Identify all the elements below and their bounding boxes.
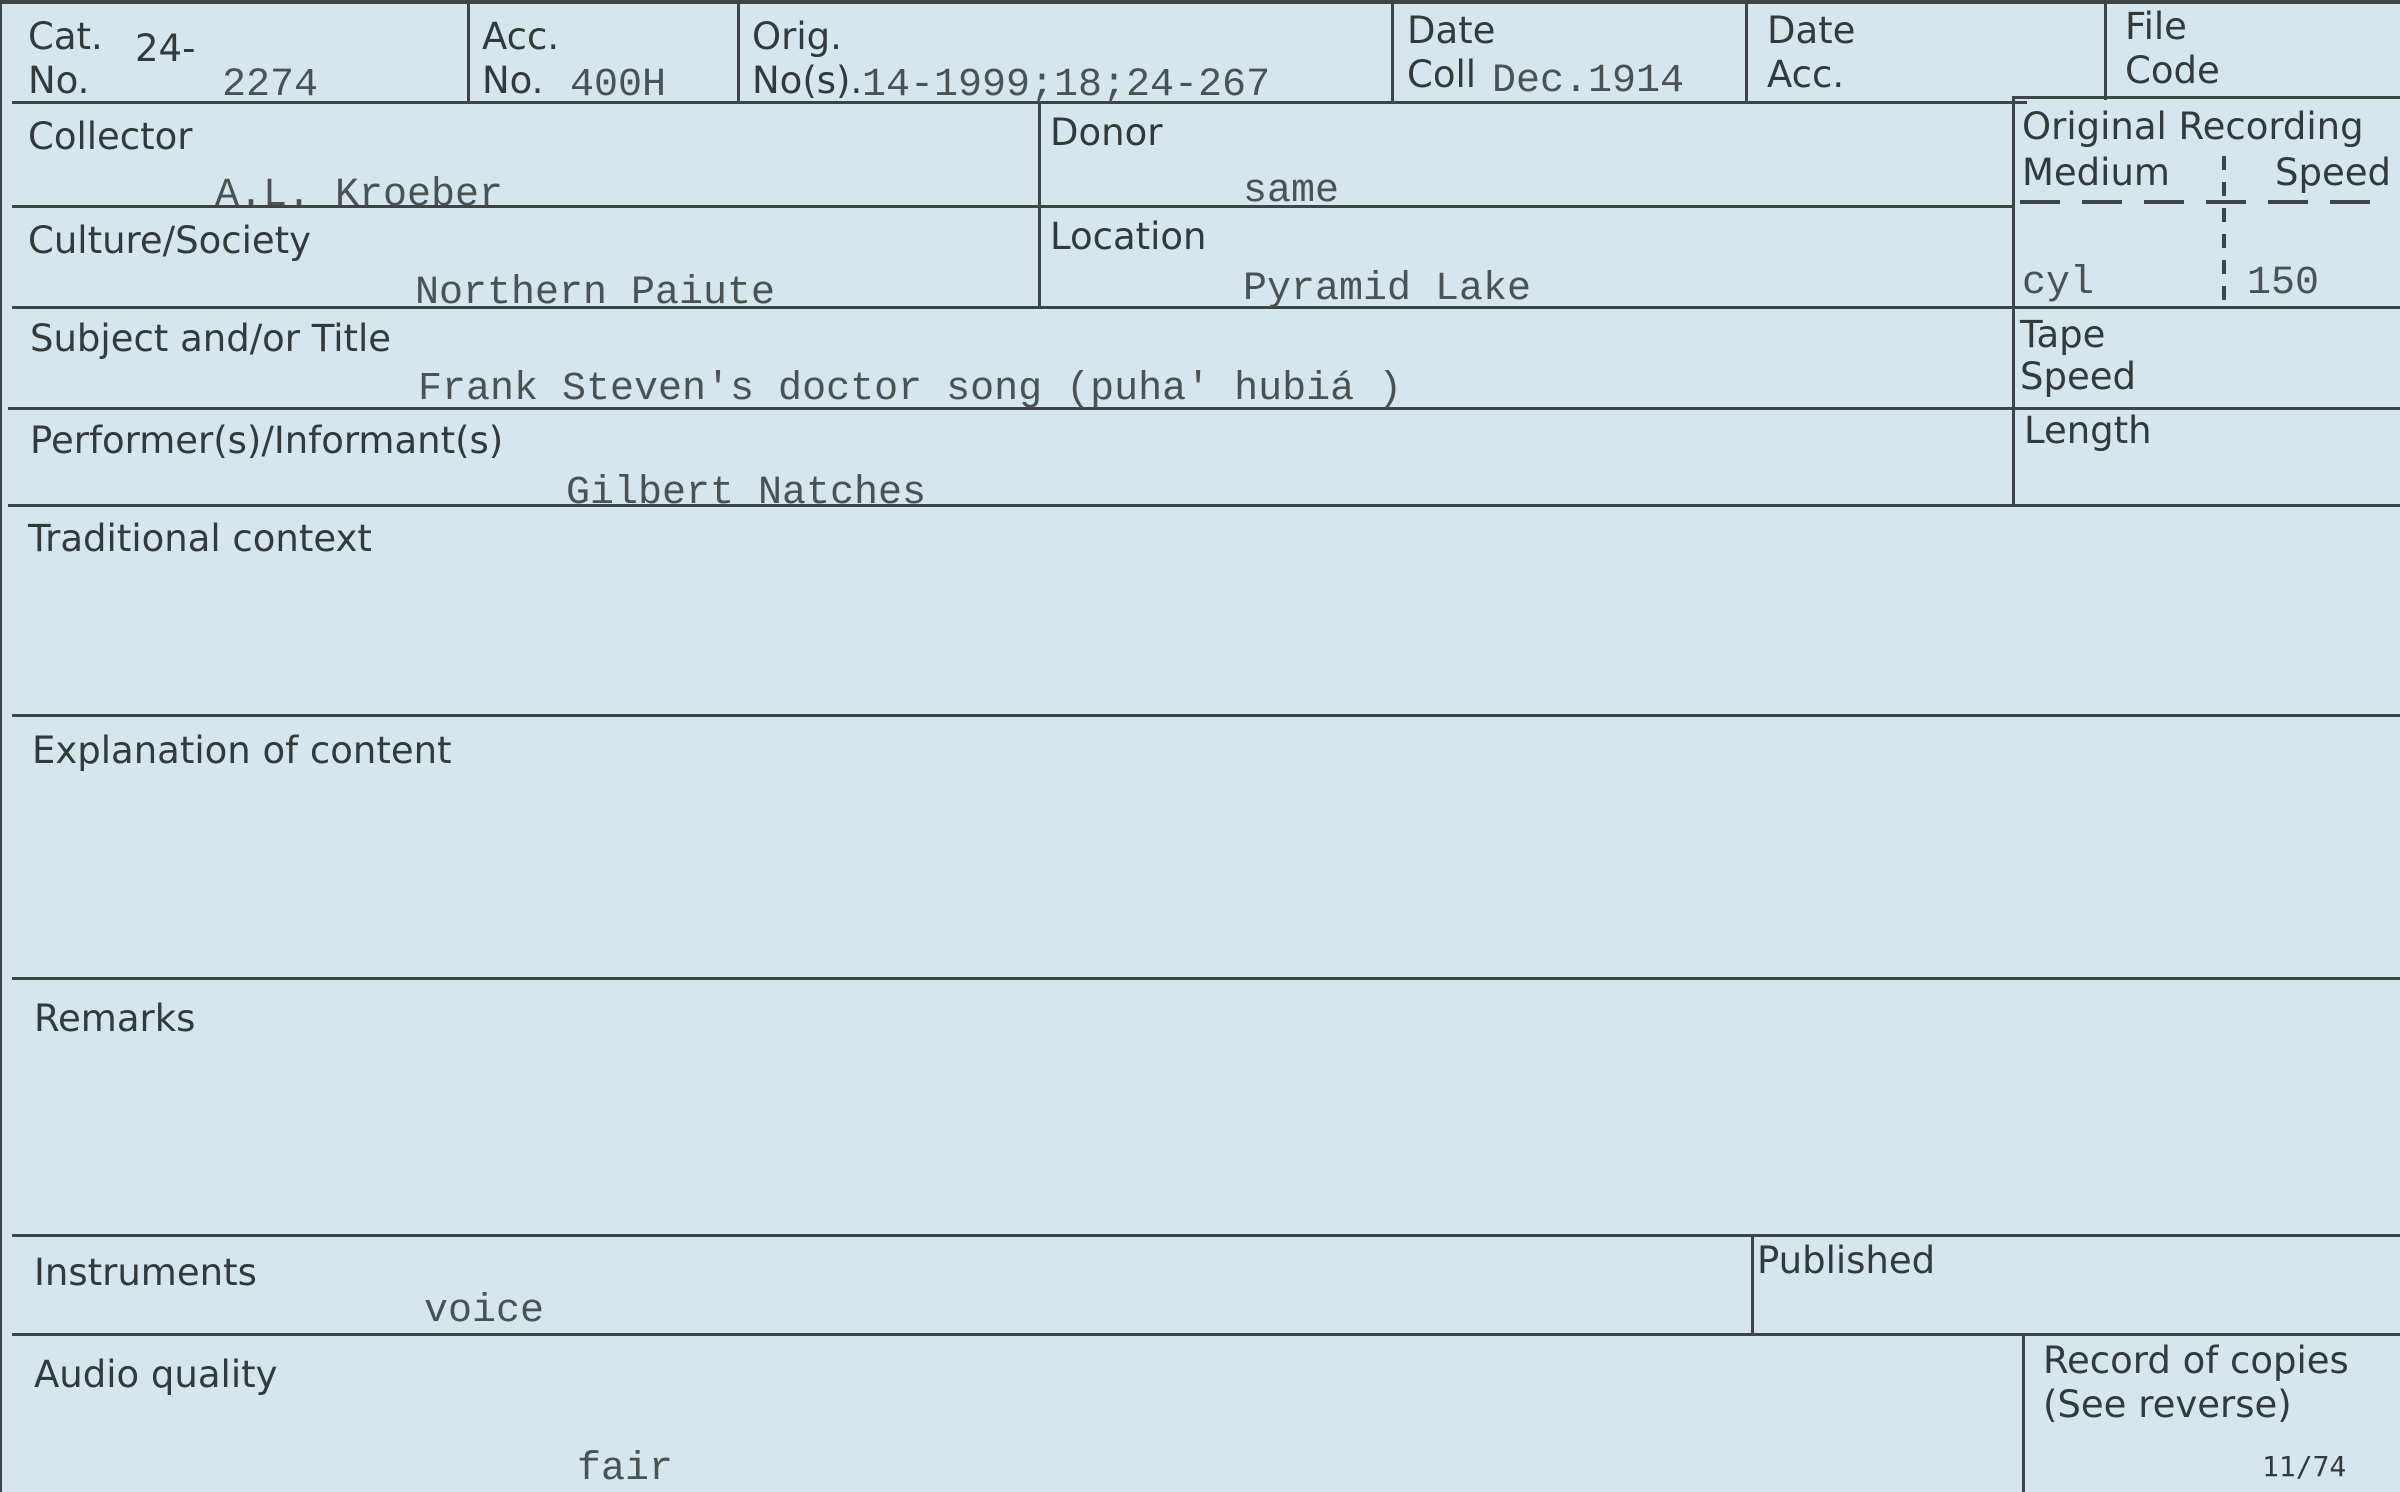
length-label: Length — [2024, 410, 2152, 453]
published-label: Published — [1757, 1240, 1935, 1283]
tape-speed-label-line1: Tape — [2020, 314, 2105, 357]
collector-value: A.L. Kroeber — [215, 176, 503, 216]
performers-value: Gilbert Natches — [566, 474, 926, 514]
speed-label: Speed — [2275, 152, 2391, 195]
remarks-label: Remarks — [34, 998, 195, 1041]
divider-traditional-row — [12, 714, 2400, 717]
copies-label-line2: (See reverse) — [2043, 1384, 2292, 1427]
culture-value: Northern Paiute — [415, 274, 775, 314]
audio-quality-label: Audio quality — [34, 1354, 278, 1397]
divider-v-date-acc — [2104, 0, 2107, 100]
subject-value: Frank Steven's doctor song (puha' hubiá … — [418, 370, 1402, 410]
donor-value: same — [1243, 172, 1339, 212]
explanation-label: Explanation of content — [32, 730, 452, 773]
acc-no-value: 400H — [570, 66, 666, 106]
acc-label-line2: No. — [482, 60, 543, 103]
divider-v-acc — [737, 0, 740, 103]
copies-label-line1: Record of copies — [2043, 1340, 2349, 1383]
cat-label-line1: Cat. — [28, 16, 103, 59]
cat-label-line2: No. — [28, 60, 89, 103]
orig-nos-value: 14-1999;18;24-267 — [862, 66, 1270, 106]
divider-v-date-coll — [1745, 0, 1748, 103]
divider-v-orig — [1391, 0, 1394, 103]
cat-no-value: 2274 — [222, 66, 318, 106]
date-acc-label-line1: Date — [1767, 10, 1855, 53]
file-code-label-line2: Code — [2125, 50, 2220, 93]
divider-v-cat — [467, 0, 470, 103]
form-revision-date: 11/74 — [2262, 1450, 2346, 1483]
divider-v-recording — [2012, 96, 2015, 506]
divider-culture-row — [12, 306, 2400, 309]
recording-dashed-v — [2222, 156, 2226, 304]
recording-header: Original Recording — [2022, 106, 2364, 149]
audio-quality-value: fair — [577, 1450, 673, 1490]
location-label: Location — [1050, 216, 1207, 259]
divider-performer-row — [8, 504, 2400, 507]
medium-label: Medium — [2022, 152, 2170, 195]
subject-label: Subject and/or Title — [30, 318, 391, 361]
medium-value: cyl — [2022, 264, 2094, 304]
divider-v-collector-donor — [1038, 101, 1041, 308]
tape-speed-label-line2: Speed — [2020, 356, 2136, 399]
divider-explanation-row — [12, 977, 2400, 980]
divider-v-published — [1751, 1234, 1754, 1335]
divider-v-copies — [2022, 1333, 2025, 1492]
date-coll-label-line2: Coll — [1407, 54, 1476, 97]
divider-filecode — [2012, 96, 2400, 99]
culture-label: Culture/Society — [28, 220, 311, 263]
collector-label: Collector — [28, 116, 193, 159]
instruments-value: voice — [424, 1292, 544, 1332]
divider-instruments-row — [12, 1333, 2400, 1336]
top-border — [0, 0, 2400, 4]
performers-label: Performer(s)/Informant(s) — [30, 420, 503, 463]
date-coll-value: Dec.1914 — [1492, 62, 1684, 102]
catalog-card: Cat. No. 24- 2274 Acc. No. 400H Orig. No… — [0, 0, 2400, 1492]
recording-dashed-h — [2020, 200, 2390, 204]
instruments-label: Instruments — [34, 1252, 257, 1295]
left-border — [0, 0, 2, 1492]
location-value: Pyramid Lake — [1243, 270, 1531, 310]
traditional-context-label: Traditional context — [28, 518, 372, 561]
donor-label: Donor — [1050, 112, 1162, 155]
orig-label-line2: No(s). — [752, 60, 862, 103]
speed-value: 150 — [2247, 264, 2319, 304]
acc-label-line1: Acc. — [482, 16, 559, 59]
divider-remarks-row — [12, 1234, 2400, 1237]
date-acc-label-line2: Acc. — [1767, 54, 1844, 97]
file-code-label-line1: File — [2125, 6, 2187, 49]
orig-label-line1: Orig. — [752, 16, 842, 59]
date-coll-label-line1: Date — [1407, 10, 1495, 53]
cat-prefix: 24- — [135, 28, 195, 71]
